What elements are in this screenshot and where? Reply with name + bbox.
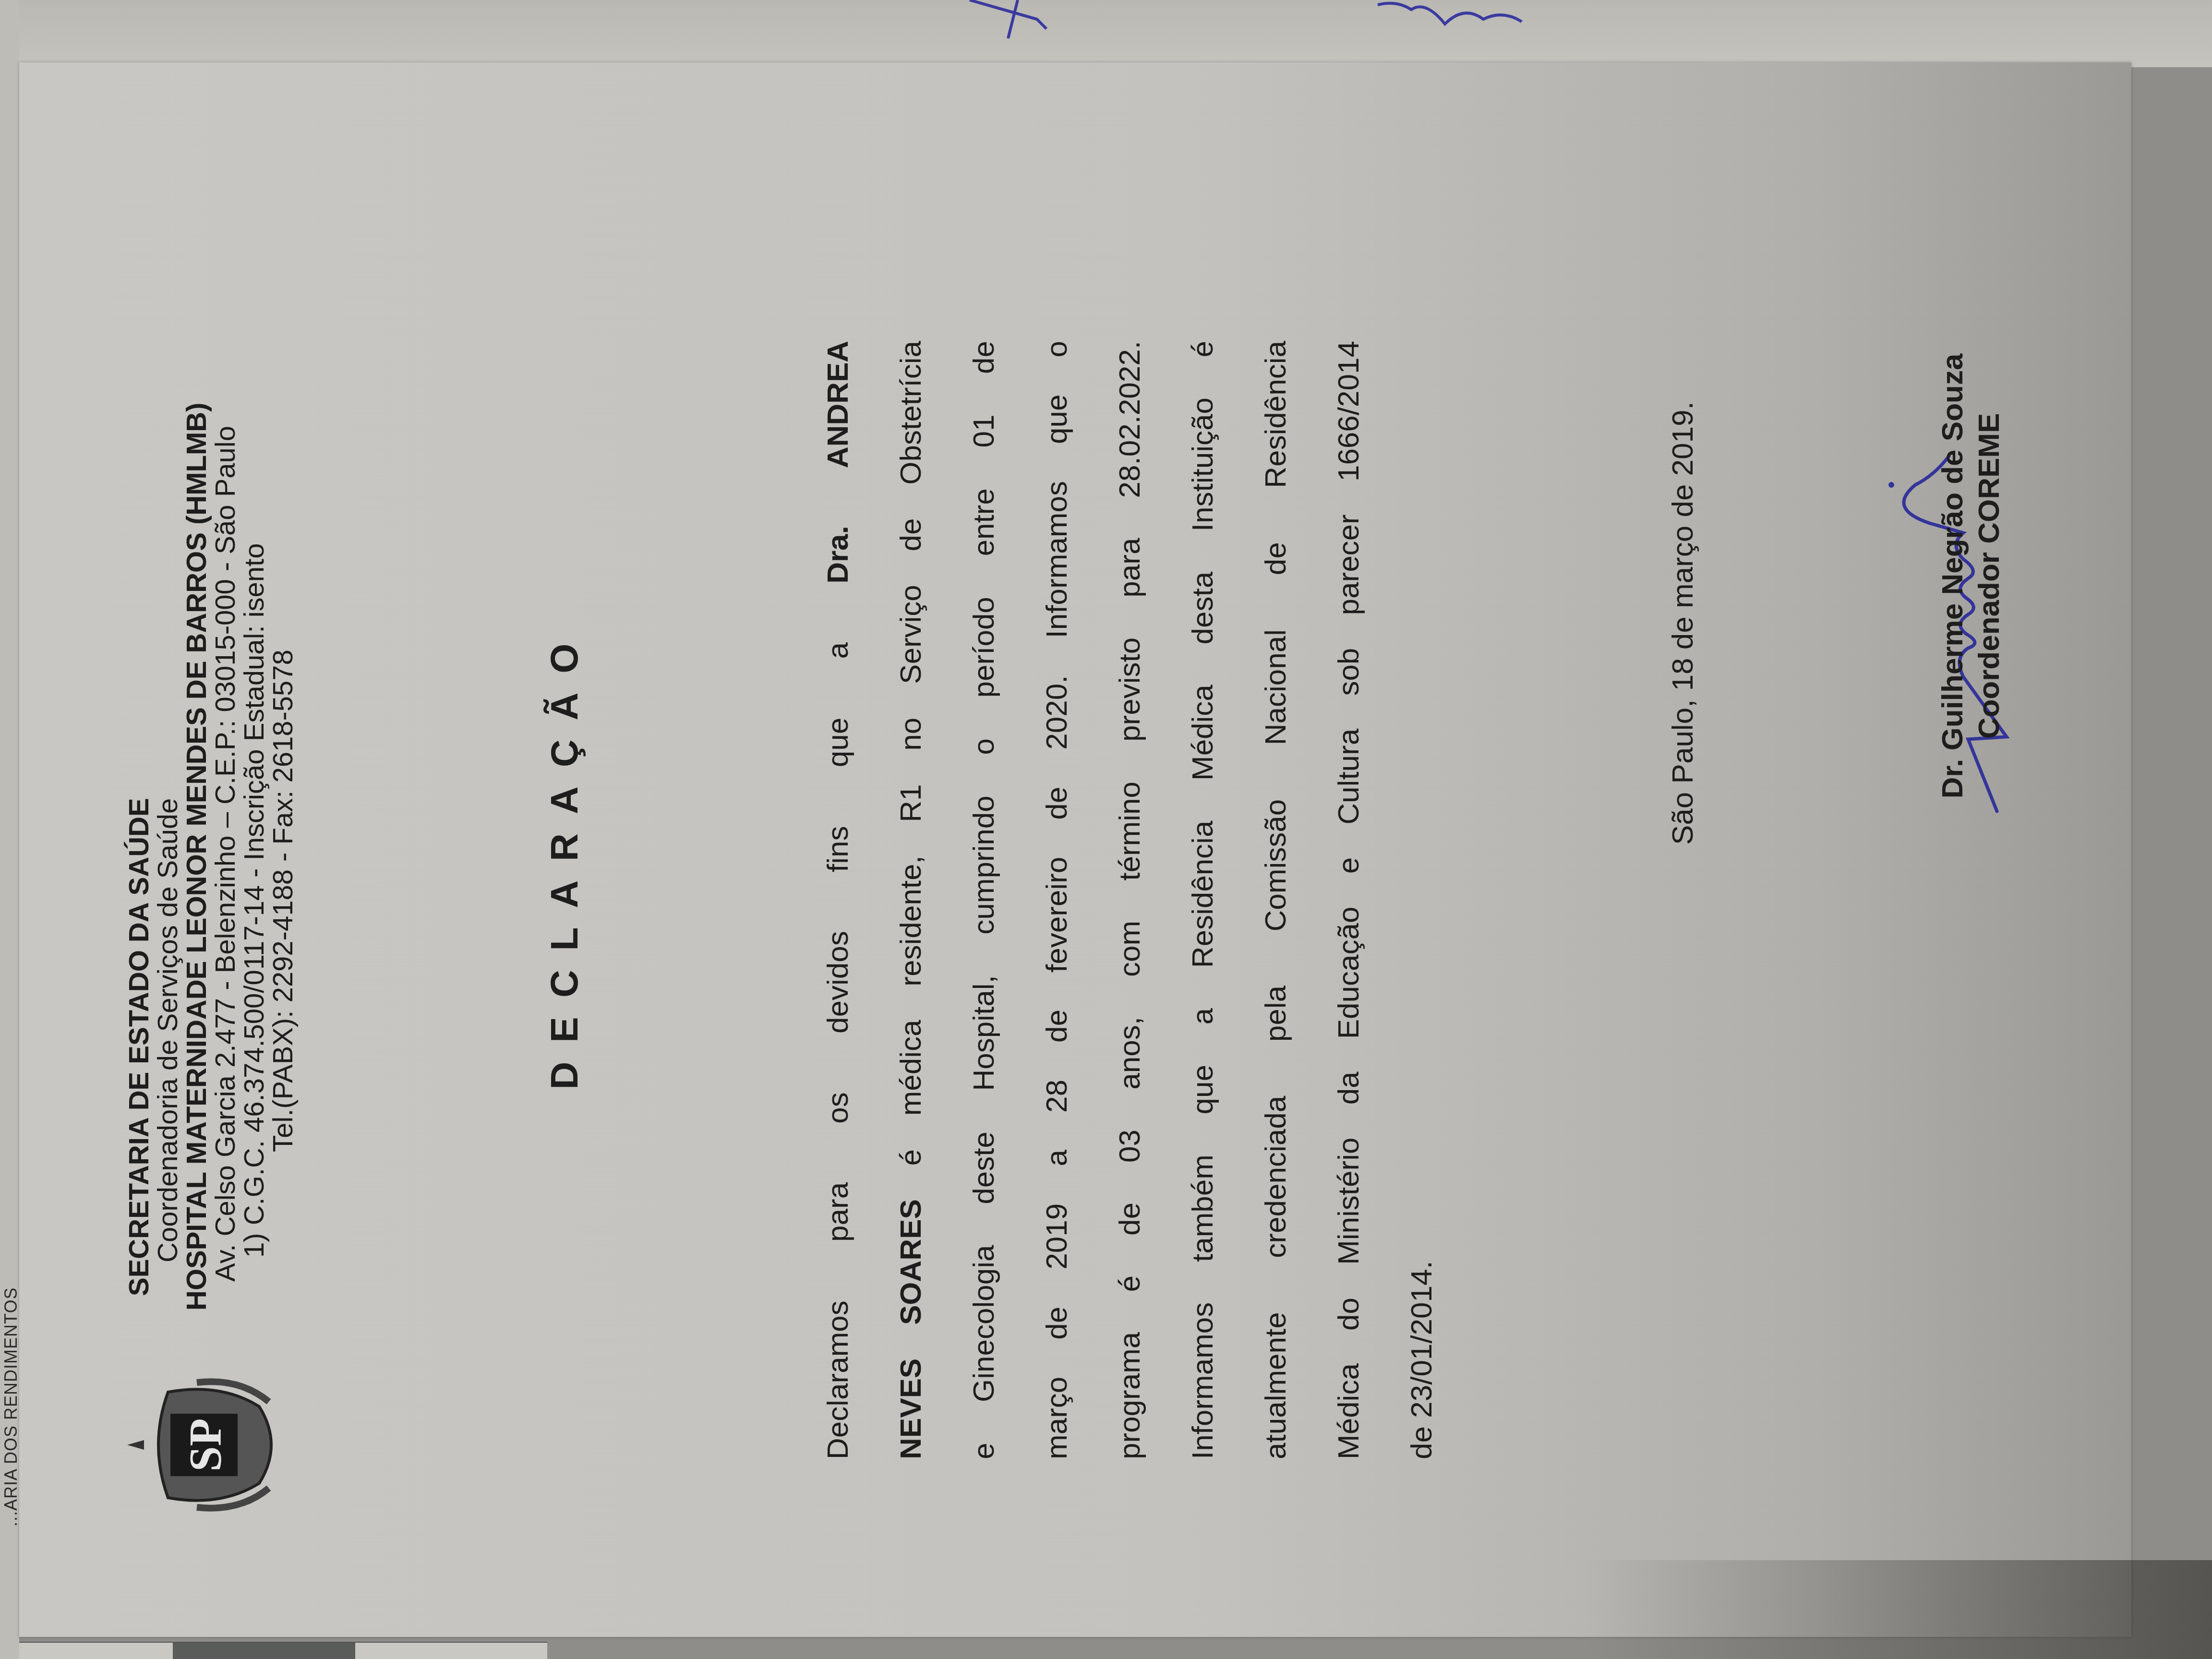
letterhead-hospital-name: HOSPITAL MATERNIDADE LEONOR MENDES DE BA… (182, 158, 211, 1310)
body-line: e Ginecologia deste Hospital, cumprindo … (948, 341, 1021, 1459)
underlying-paper-bottom (19, 1642, 547, 1659)
letterhead-coordenadoria: Coordenadoria de Serviços de Saúde (154, 158, 182, 1310)
body-line: Declaramos para os devidos fins que a Dr… (802, 341, 875, 1459)
svg-text:SP: SP (180, 1419, 231, 1472)
table-shadow (1584, 1560, 2212, 1659)
signer-role: Coordenador COREME (1971, 288, 2008, 864)
body-line: de 23/01/2014. (1385, 341, 1458, 1459)
signer-name: Dr. Guilherme Negrão de Souza (1935, 288, 1971, 864)
letterhead-text: SECRETARIA DE ESTADO DA SAÚDE Coordenado… (125, 158, 298, 1310)
body-line: programa é de 03 anos, com término previ… (1094, 341, 1166, 1459)
ink-scribble-top-left (960, 0, 1152, 48)
letterhead: SP SECRETARIA DE ESTADO DA SAÚDE Coorden… (53, 77, 389, 1637)
letterhead-address: Av. Celso Garcia 2.477 - Belenzinho – C.… (211, 158, 240, 1310)
declaration-sheet: SP SECRETARIA DE ESTADO DA SAÚDE Coorden… (19, 62, 2131, 1637)
body-line: Informamos também que a Residência Médic… (1166, 341, 1239, 1459)
document-rotated: SP SECRETARIA DE ESTADO DA SAÚDE Coorden… (53, 77, 2117, 1637)
body-line: NEVES SOARES é médica residente, R1 no S… (875, 341, 948, 1459)
declaration-body: Declaramos para os devidos fins que a Dr… (802, 341, 1458, 1459)
signer-block: Dr. Guilherme Negrão de Souza Coordenado… (1935, 288, 2008, 864)
letterhead-cgc: 1) C.G.C. 46.374.500/0117-14 - Inscrição… (240, 158, 269, 1310)
underlying-sheet-text: ...ARIA DOS RENDIMENTOS (1, 1142, 20, 1527)
document-title: DECLARAÇÃO (542, 77, 587, 1637)
letterhead-secretaria: SECRETARIA DE ESTADO DA SAÚDE (125, 158, 154, 1310)
body-line: Médica do Ministério da Educação e Cultu… (1312, 341, 1385, 1459)
ink-scribble-top-right (1368, 0, 1608, 38)
body-line: atualmente credenciada pela Comissão Nac… (1239, 341, 1312, 1459)
date-place-line: São Paulo, 18 de março de 2019. (1666, 401, 1700, 845)
body-line: março de 2019 a 28 de fevereiro de 2020.… (1021, 341, 1094, 1459)
letterhead-phone: Tel.(PABX): 2292-4188 - Fax: 2618-5578 (269, 158, 298, 1310)
sp-state-coat-of-arms-icon: SP (125, 1373, 288, 1517)
